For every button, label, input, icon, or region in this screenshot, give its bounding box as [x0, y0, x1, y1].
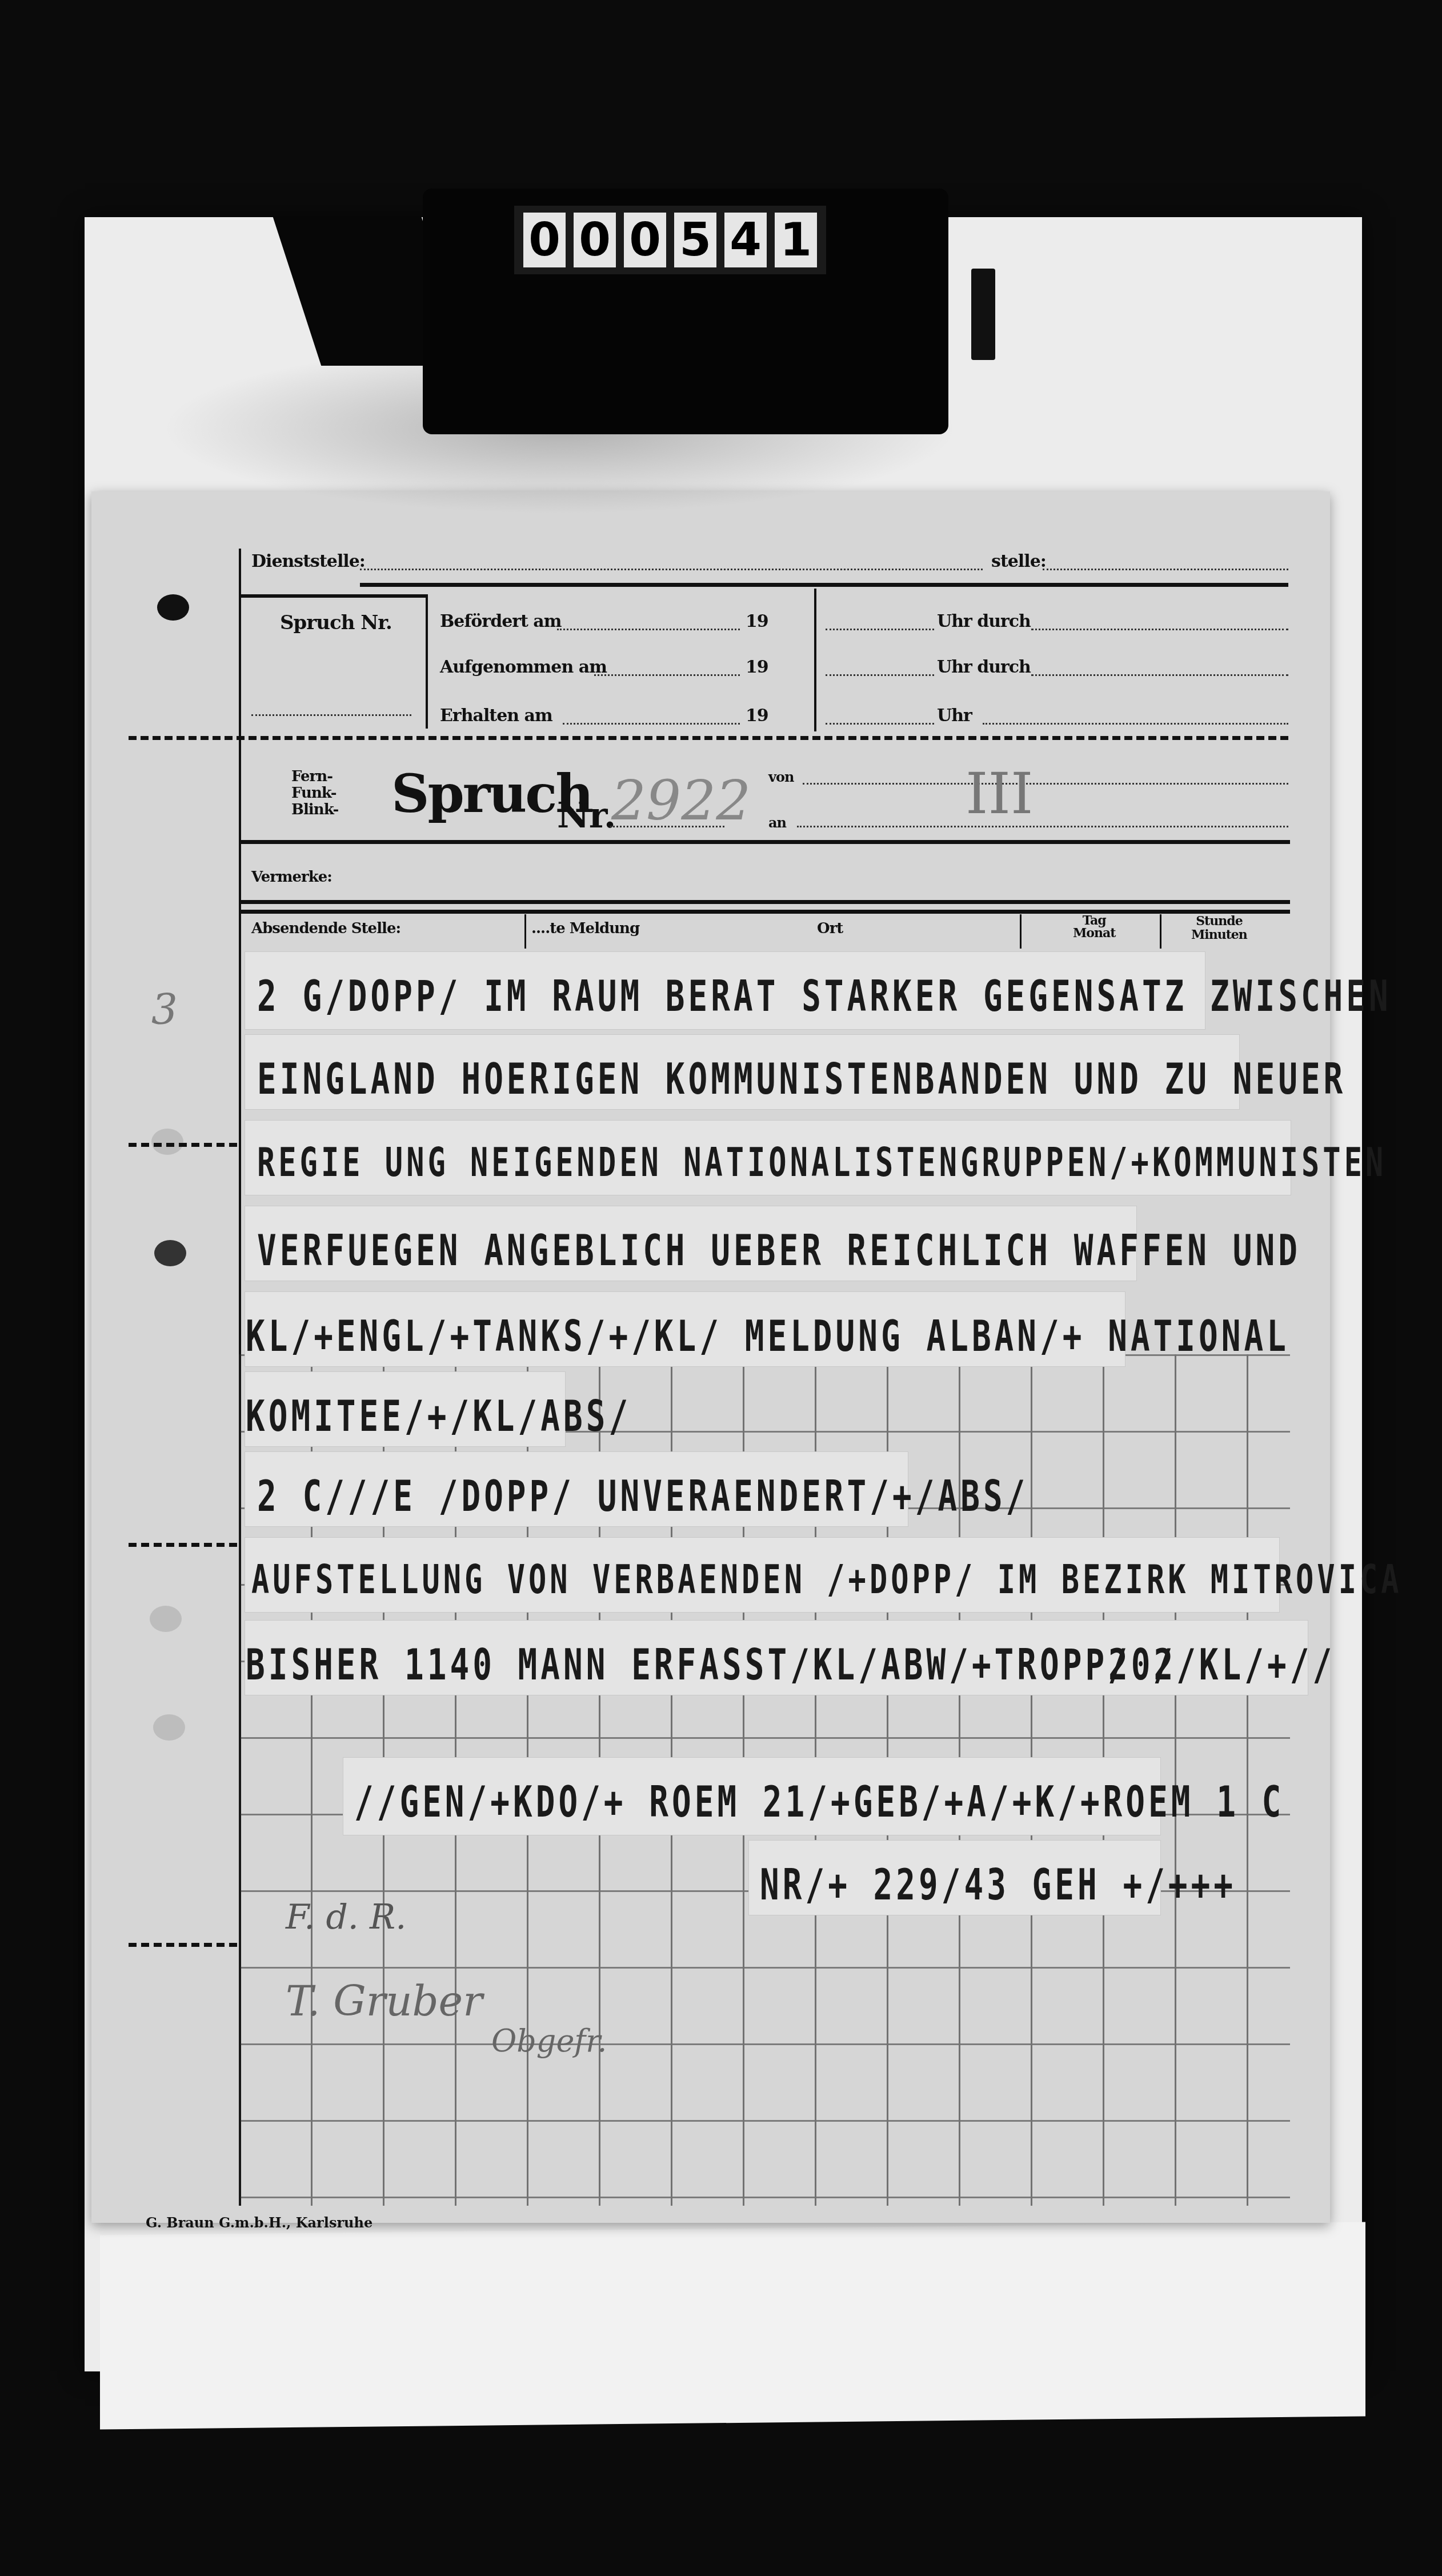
an-label: an: [768, 814, 786, 831]
aufgenommen-uhr-label: Uhr durch: [937, 657, 1031, 677]
von-label: von: [768, 769, 794, 785]
erhalten-date-field[interactable]: [563, 723, 740, 725]
fold-mark: [129, 1543, 237, 1547]
counter-digit: 4: [724, 213, 767, 267]
counter-knob: [971, 269, 995, 360]
cut-line: [129, 736, 1288, 740]
dienststelle-field[interactable]: [360, 569, 983, 570]
nr-label: Nr.: [557, 794, 615, 836]
befoerdert-year: 19: [746, 611, 768, 631]
signature: T. Gruber: [286, 1977, 483, 2025]
counter-digit: 0: [574, 213, 616, 267]
message-line: NR/+ 229/43 GEH +/+++: [760, 1860, 1236, 1910]
von-field[interactable]: [803, 783, 1288, 785]
punch-hole-torn: [150, 1606, 182, 1632]
rank-note: Obgefr.: [491, 2023, 607, 2059]
spruch-box-right: [426, 594, 428, 729]
message-line: //GEN/+KDO/+ ROEM 21/+GEB/+A/+K/+ROEM 1 …: [354, 1777, 1284, 1827]
frame-counter-digits: 0 0 0 5 4 1: [514, 206, 826, 274]
col-divider: [524, 914, 526, 949]
befoerdert-uhr-label: Uhr durch: [937, 611, 1031, 631]
col-tag: Tag: [1073, 914, 1115, 927]
punch-hole-torn: [151, 1129, 183, 1155]
counter-digit: 1: [775, 213, 817, 267]
spruch-number-field[interactable]: [610, 826, 724, 827]
fold-mark: [129, 1943, 237, 1947]
col-absendende-stelle: Absendende Stelle:: [251, 920, 400, 937]
aufgenommen-date-field[interactable]: [594, 674, 740, 676]
dienststelle-label: Dienststelle:: [251, 551, 365, 571]
message-line: KL/+ENGL/+TANKS/+/KL/ MELDUNG ALBAN/+ NA…: [246, 1311, 1289, 1362]
message-line: BISHER 1140 MANN ERFASST/KL/ABW/+TROPP/ …: [246, 1640, 1176, 1690]
header-rule: [360, 583, 1288, 587]
vermerke-label: Vermerke:: [251, 869, 332, 886]
spruch-nr-box-field[interactable]: [251, 714, 411, 716]
prefix-blink: Blink-: [291, 802, 338, 818]
spruch-nr-box-label: Spruch Nr.: [280, 611, 392, 634]
punch-hole: [154, 1240, 186, 1266]
an-field[interactable]: [797, 826, 1288, 827]
aufgenommen-label: Aufgenommen am: [440, 657, 607, 677]
printer-imprint: G. Braun G.m.b.H., Karlsruhe: [146, 2214, 372, 2231]
erhalten-time-field[interactable]: [826, 723, 934, 725]
under-sheet: [100, 2222, 1365, 2429]
col-tag-monat: Tag Monat: [1073, 914, 1115, 939]
punch-hole: [157, 594, 189, 621]
befoerdert-time-field[interactable]: [826, 629, 934, 630]
counter-digit: 5: [674, 213, 716, 267]
counter-digit: 0: [523, 213, 566, 267]
message-line: EINGLAND HOERIGEN KOMMUNISTENBANDEN UND …: [257, 1054, 1346, 1105]
erhalten-year: 19: [746, 706, 768, 726]
margin-number: 3: [151, 986, 178, 1034]
col-minuten: Minuten: [1191, 928, 1247, 942]
col-stunde-minuten: Stunde Minuten: [1191, 914, 1247, 942]
spruch-box-top: [239, 594, 427, 598]
von-handwritten: III: [966, 760, 1034, 827]
col-meldung: ....te Meldung: [531, 920, 639, 937]
message-line: REGIE UNG NEIGENDEN NATIONALISTENGRUPPEN…: [257, 1140, 1387, 1186]
prefix-funk: Funk-: [291, 785, 338, 802]
aufgenommen-by-field[interactable]: [1031, 674, 1288, 676]
aufgenommen-year: 19: [746, 657, 768, 677]
prefix-fern: Fern-: [291, 769, 338, 785]
message-line: 2 G/DOPP/ IM RAUM BERAT STARKER GEGENSAT…: [257, 971, 1392, 1022]
message-line: VERFUEGEN ANGEBLICH UEBER REICHLICH WAFF…: [257, 1226, 1301, 1276]
erhalten-by-field[interactable]: [983, 723, 1288, 725]
befoerdert-by-field[interactable]: [1031, 629, 1288, 630]
fdr-note: F. d. R.: [286, 1897, 406, 1937]
header-divider: [814, 589, 816, 731]
befoerdert-date-field[interactable]: [557, 629, 740, 630]
col-monat: Monat: [1073, 927, 1115, 939]
title-rule: [239, 840, 1290, 844]
befoerdert-label: Befördert am: [440, 611, 562, 631]
col-divider: [1160, 914, 1161, 949]
message-line: KOMITEE/+/KL/ABS/: [246, 1391, 631, 1442]
title-prefixes: Fern- Funk- Blink-: [291, 769, 338, 818]
aufgenommen-time-field[interactable]: [826, 674, 934, 676]
spruch-number-handwritten: 2922: [611, 769, 751, 833]
fold-mark: [129, 1143, 237, 1147]
message-line: 2 C///E /DOPP/ UNVERAENDERT/+/ABS/: [257, 1471, 1028, 1522]
counter-digit: 0: [624, 213, 666, 267]
col-divider: [1020, 914, 1022, 949]
erhalten-label: Erhalten am: [440, 706, 552, 726]
col-stunde: Stunde: [1191, 914, 1247, 928]
stelle-field[interactable]: [1043, 569, 1288, 570]
message-line: 202/KL/+//: [1108, 1640, 1335, 1690]
col-ort: Ort: [817, 920, 843, 937]
vermerke-rule-2: [239, 910, 1290, 914]
stelle-label: stelle:: [991, 551, 1046, 571]
vermerke-rule-1: [239, 900, 1290, 904]
message-line: AUFSTELLUNG VON VERBAENDEN /+DOPP/ IM BE…: [251, 1557, 1403, 1603]
erhalten-uhr-label: Uhr: [937, 706, 972, 726]
punch-hole-torn: [153, 1714, 185, 1741]
